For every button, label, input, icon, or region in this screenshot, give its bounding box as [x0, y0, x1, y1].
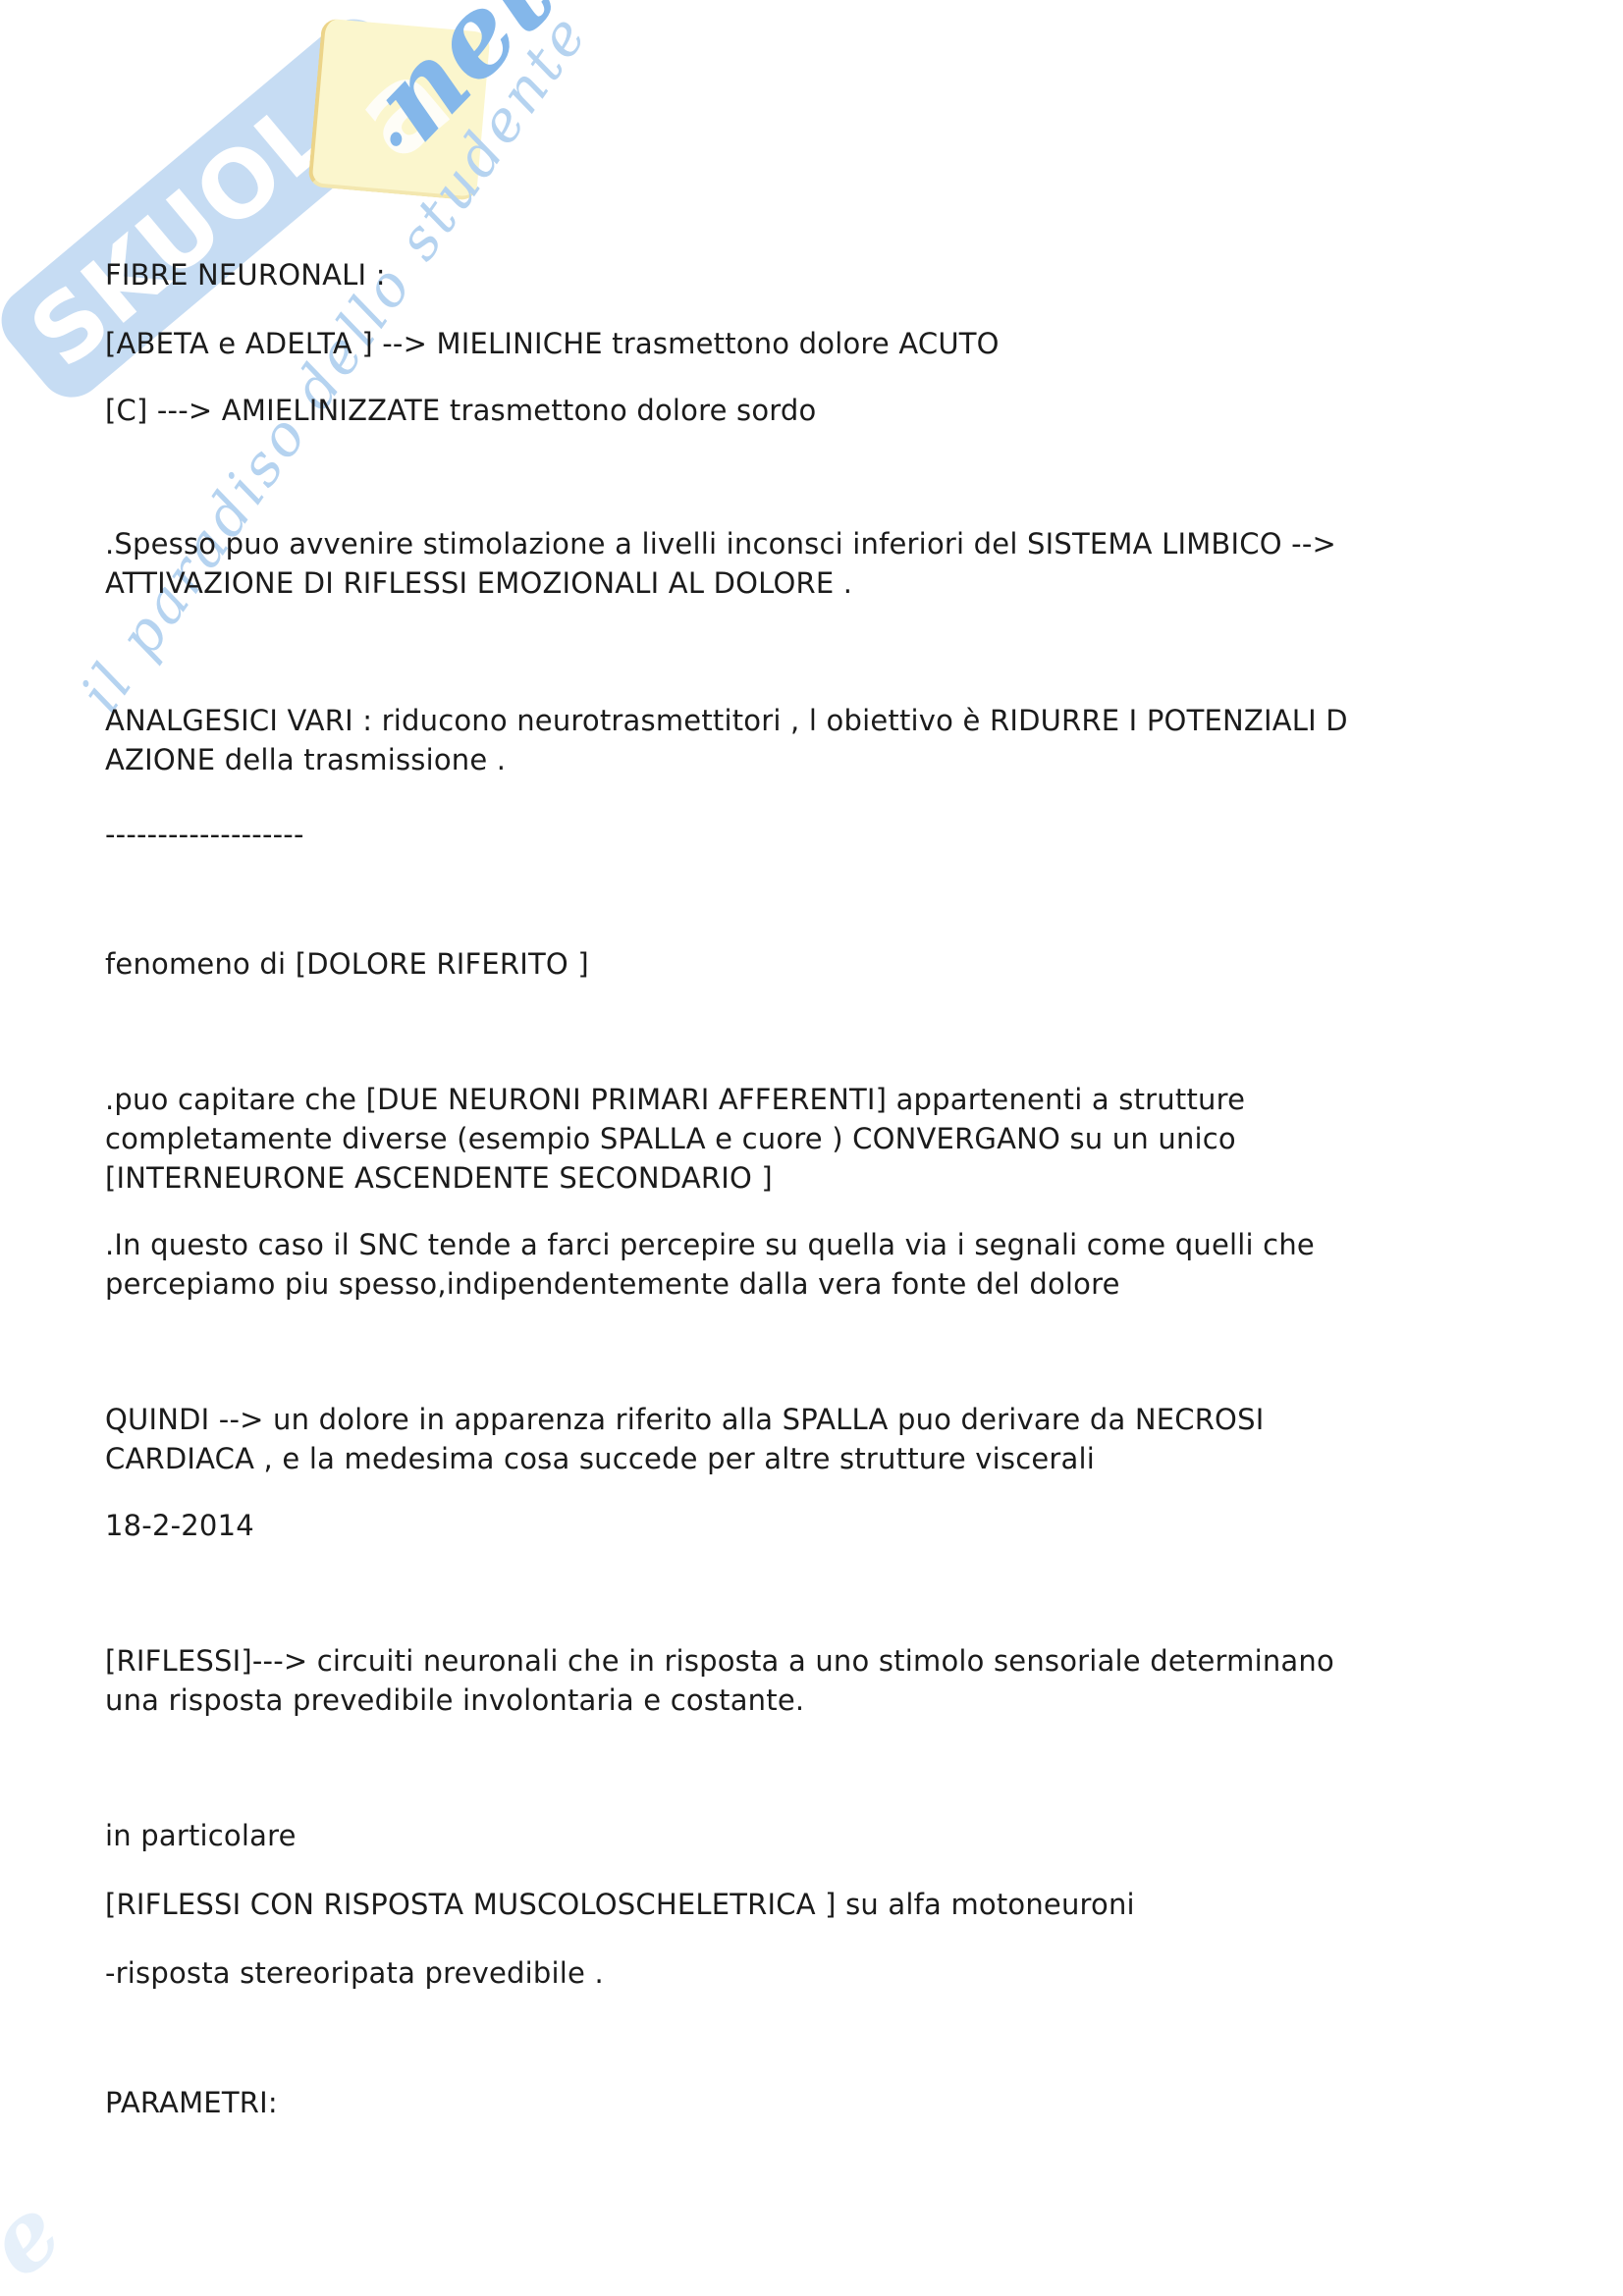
- paragraph-in-particolare: in particolare: [105, 1816, 1519, 1855]
- paragraph-abeta-adelta: [ABETA e ADELTA ] --> MIELINICHE trasmet…: [105, 324, 1519, 363]
- paragraph-neuroni-primari: .puo capitare che [DUE NEURONI PRIMARI A…: [105, 1080, 1519, 1198]
- paragraph-riflessi-muscolo: [RIFLESSI CON RISPOSTA MUSCOLOSCHELETRIC…: [105, 1885, 1519, 1924]
- paragraph-dolore-riferito: fenomeno di [DOLORE RIFERITO ]: [105, 944, 1519, 984]
- paragraph-sistema-limbico: .Spesso puo avvenire stimolazione a live…: [105, 524, 1519, 603]
- paragraph-risposta-stereo: -risposta stereoripata prevedibile .: [105, 1953, 1519, 1993]
- paragraph-riflessi: [RIFLESSI]---> circuiti neuronali che in…: [105, 1641, 1519, 1720]
- paragraph-snc: .In questo caso il SNC tende a farci per…: [105, 1225, 1519, 1304]
- document-page: SKUOL a .net il paradiso dello studente …: [0, 0, 1623, 2296]
- paragraph-fibre-c: [C] ---> AMIELINIZZATE trasmettono dolor…: [105, 391, 1519, 430]
- divider-dashes: -------------------: [105, 815, 1519, 854]
- paragraph-date: 18-2-2014: [105, 1506, 1519, 1545]
- paragraph-analgesici: ANALGESICI VARI : riducono neurotrasmett…: [105, 701, 1519, 779]
- document-body: FIBRE NEURONALI : [ABETA e ADELTA ] --> …: [0, 0, 1623, 2296]
- paragraph-quindi-necrosi: QUINDI --> un dolore in apparenza riferi…: [105, 1400, 1519, 1478]
- paragraph-parametri: PARAMETRI:: [105, 2083, 1519, 2122]
- paragraph-fibre-neuronali: FIBRE NEURONALI :: [105, 255, 1519, 294]
